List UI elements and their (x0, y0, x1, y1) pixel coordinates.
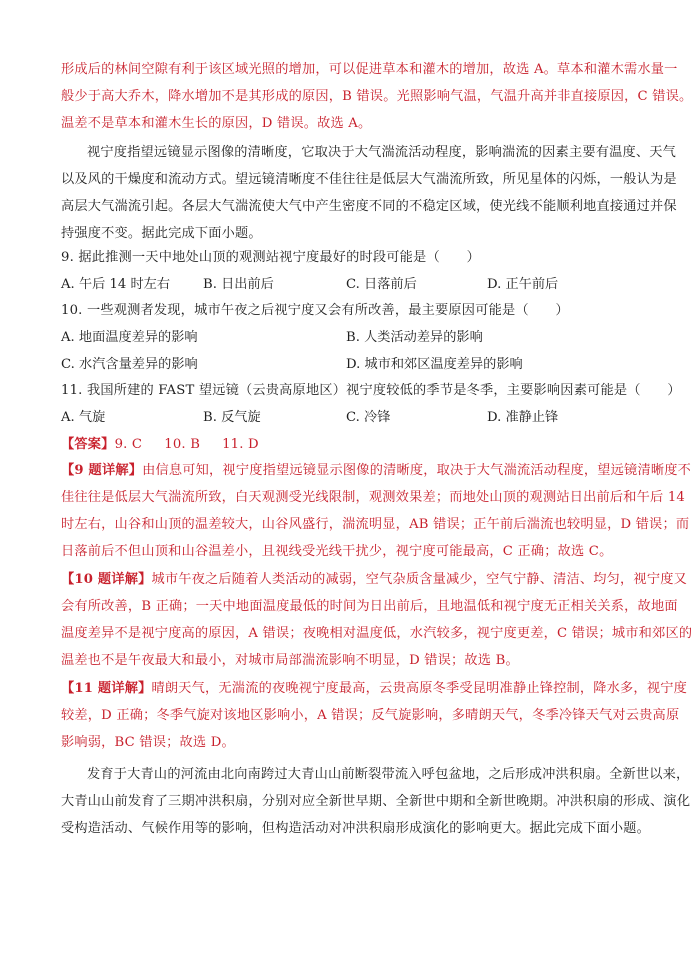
explanation-10-line-4: 温差也不是午夜最大和最小，对城市局部湍流影响不明显，D 错误；故选 B。 (61, 653, 631, 669)
question-10-option-b: B. 人类活动差异的影响 (346, 330, 483, 346)
prev-explanation-line-2: 般少于高大乔木，降水增加不是其形成的原因，B 错误。光照影响气温，气温升高并非直… (61, 89, 631, 105)
explanation-9-line-3: 时左右，山谷和山顶的温差较大，山谷风盛行，湍流明显，AB 错误；正午前后湍流也较… (61, 517, 631, 533)
question-9-stem: 9. 据此推测一天中地处山顶的观测站视宁度最好的时段可能是（ ） (61, 250, 631, 266)
answer-label: 【答案】 (61, 437, 115, 452)
passage2-line-2: 大青山山前发育了三期冲洪积扇，分别对应全新世早期、全新世中期和全新世晚期。冲洪积… (61, 794, 631, 810)
passage1-line-3: 高层大气湍流引起。各层大气湍流使大气中产生密度不同的不稳定区域，使光线不能顺利地… (61, 199, 631, 215)
question-11-option-d: D. 准静止锋 (487, 410, 558, 426)
explanation-9-line-4: 日落前后不但山顶和山谷温差小，且视线受光线干扰少，视宁度可能最高，C 正确；故选… (61, 544, 631, 560)
passage2-line-1: 发育于大青山的河流由北向南跨过大青山山前断裂带流入呼包盆地，之后形成冲洪积扇。全… (87, 767, 632, 783)
question-9-option-a: A. 午后 14 时左右 (61, 277, 170, 293)
question-11-option-b: B. 反气旋 (203, 410, 261, 426)
answer-9: 9. C (115, 437, 143, 452)
passage1-line-1: 视宁度指望远镜显示图像的清晰度，它取决于大气湍流活动程度，影响湍流的因素主要有温… (87, 145, 632, 161)
question-10-option-c: C. 水汽含量差异的影响 (61, 357, 198, 373)
prev-explanation-line-1: 形成后的林间空隙有利于该区域光照的增加，可以促进草本和灌木的增加，故选 A。草本… (61, 62, 631, 78)
explanation-10-line-1: 【10 题详解】城市午夜之后随着人类活动的减弱，空气杂质含量减少，空气宁静、清洁… (61, 572, 631, 588)
question-10-stem: 10. 一些观测者发现，城市午夜之后视宁度又会有所改善，最主要原因可能是（ ） (61, 303, 631, 319)
explanation-11-line-1: 【11 题详解】晴朗天气，无湍流的夜晚视宁度最高，云贵高原冬季受昆明准静止锋控制… (61, 681, 631, 697)
question-11-stem: 11. 我国所建的 FAST 望远镜（云贵高原地区）视宁度较低的季节是冬季，主要… (61, 383, 631, 399)
explanation-10-line-2: 会有所改善，B 正确；一天中地面温度最低的时间为日出前后，且地温低和视宁度无正相… (61, 599, 631, 615)
question-11-option-a: A. 气旋 (61, 410, 105, 426)
explanation-9-line-1: 【9 题详解】由信息可知，视宁度指望远镜显示图像的清晰度，取决于大气湍流活动程度… (61, 463, 631, 479)
answer-line: 【答案】9. C10. B11. D (61, 437, 631, 453)
question-10-option-d: D. 城市和郊区温度差异的影响 (346, 357, 523, 373)
explanation-11-line-3: 影响弱，BC 错误；故选 D。 (61, 735, 631, 751)
question-11-option-c: C. 冷锋 (346, 410, 390, 426)
passage2-line-3: 受构造活动、气候作用等的影响，但构造活动对冲洪积扇形成演化的影响更大。据此完成下… (61, 821, 631, 837)
document-page: 形成后的林间空隙有利于该区域光照的增加，可以促进草本和灌木的增加，故选 A。草本… (0, 0, 691, 977)
explanation-10-line-3: 温度差异不是视宁度高的原因，A 错误；夜晚相对温度低，水汽较多，视宁度更差，C … (61, 626, 631, 642)
question-9-option-b: B. 日出前后 (203, 277, 274, 293)
question-10-option-a: A. 地面温度差异的影响 (61, 330, 198, 346)
passage1-line-2: 以及风的干燥度和流动方式。望远镜清晰度不佳往往是低层大气湍流所致，所见星体的闪烁… (61, 172, 631, 188)
explanation-11-label: 【11 题详解】 (61, 681, 151, 696)
question-9-option-d: D. 正午前后 (487, 277, 558, 293)
answer-10: 10. B (164, 437, 200, 452)
explanation-10-label: 【10 题详解】 (61, 572, 151, 587)
explanation-11-line-2: 较差，D 正确；冬季气旋对该地区影响小，A 错误；反气旋影响，多晴朗天气，冬季冷… (61, 708, 631, 724)
prev-explanation-line-3: 温差不是草本和灌木生长的原因，D 错误。故选 A。 (61, 116, 631, 132)
question-9-option-c: C. 日落前后 (346, 277, 417, 293)
explanation-9-label: 【9 题详解】 (61, 463, 142, 478)
explanation-9-line-2: 佳往往是低层大气湍流所致，白天观测受光线限制，观测效果差；而地处山顶的观测站日出… (61, 490, 631, 506)
passage1-line-4: 持强度不变。据此完成下面小题。 (61, 226, 631, 242)
answer-11: 11. D (222, 437, 259, 452)
